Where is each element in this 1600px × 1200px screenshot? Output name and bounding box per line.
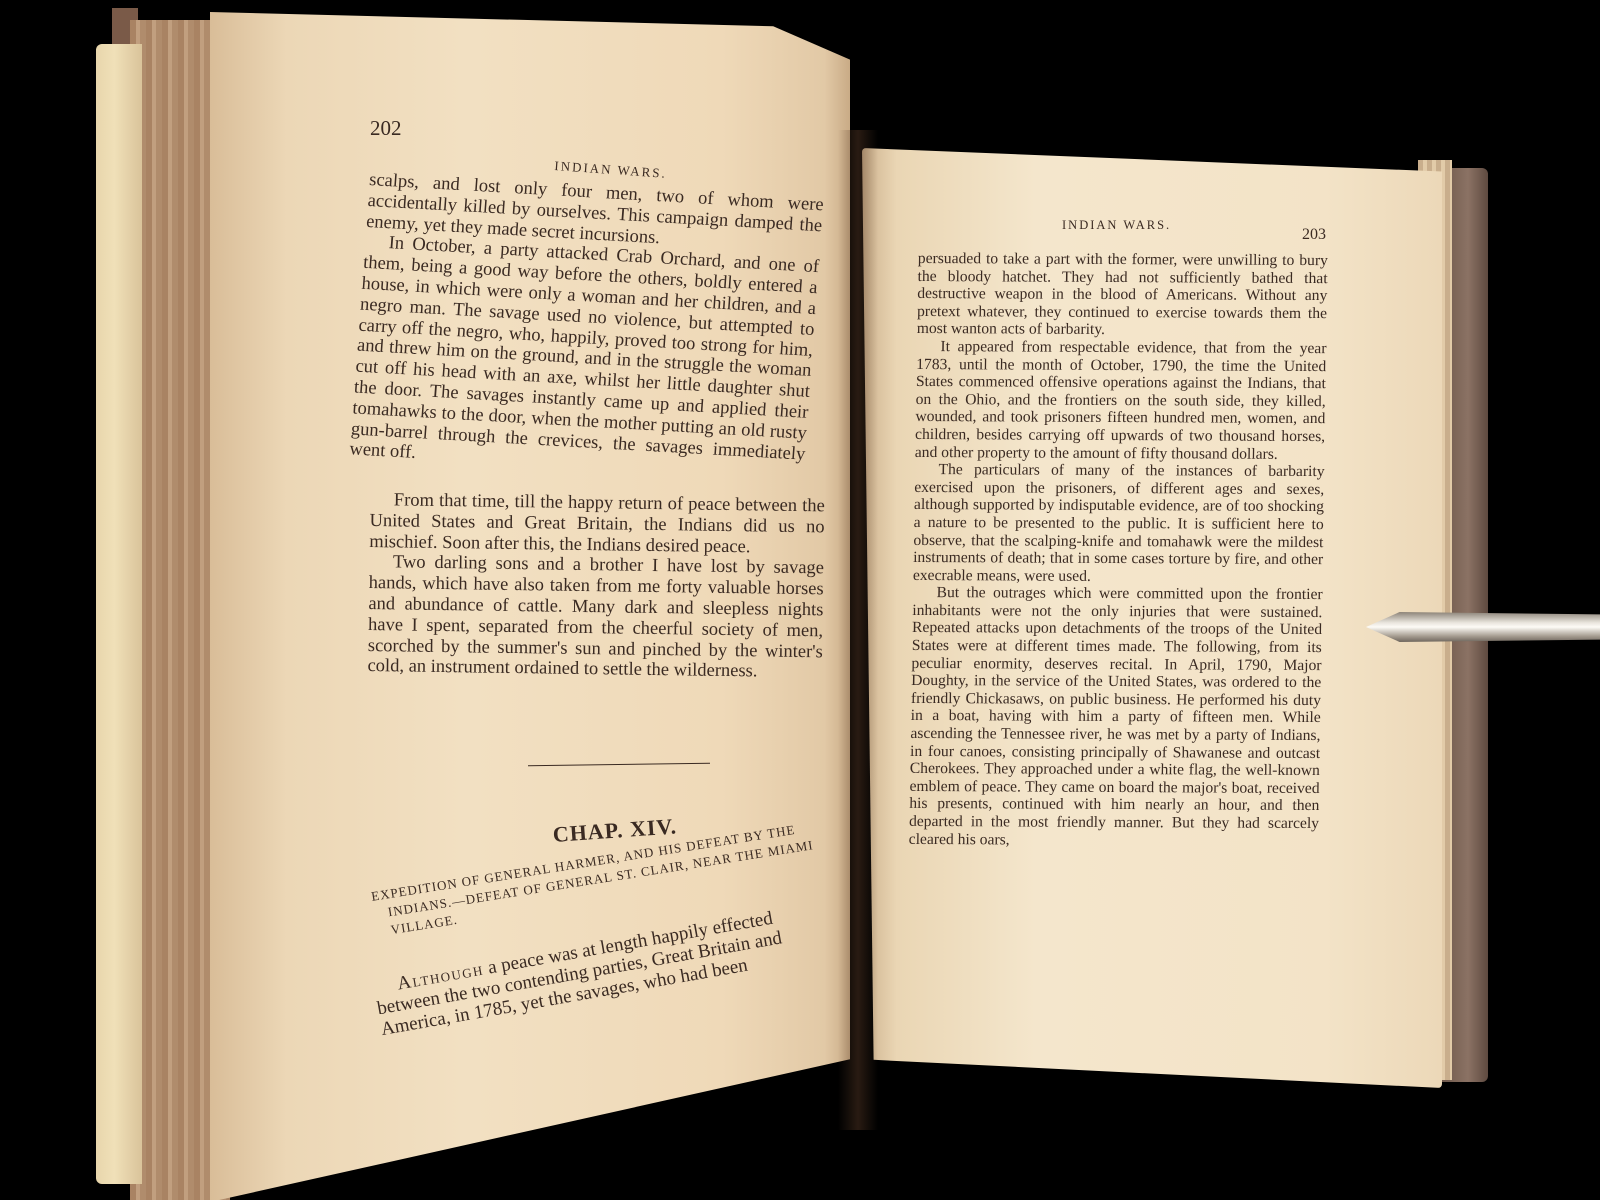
book-gutter — [838, 130, 878, 1130]
right-page-text: persuaded to take a part with the former… — [909, 250, 1328, 850]
paragraph: The particulars of many of the instances… — [913, 461, 1325, 586]
paragraph: In October, a party attacked Crab Orchar… — [349, 232, 820, 486]
page-number-left: 202 — [370, 116, 402, 141]
running-head-right: INDIAN WARS. — [1062, 218, 1171, 233]
paragraph: Two darling sons and a brother I have lo… — [367, 552, 824, 683]
letter-opener-pointer — [1366, 612, 1600, 642]
left-fore-edge — [96, 44, 142, 1184]
left-page-upper-text: scalps, and lost only four men, two of w… — [349, 170, 825, 486]
left-page-lower-text: From that time, till the happy return of… — [367, 490, 825, 684]
book-photo: 202 INDIAN WARS. scalps, and lost only f… — [0, 0, 1600, 1200]
paragraph: persuaded to take a part with the former… — [917, 250, 1328, 340]
paragraph: It appeared from respectable evidence, t… — [915, 338, 1327, 463]
paragraph: From that time, till the happy return of… — [369, 490, 825, 559]
page-number-right: 203 — [1302, 226, 1326, 244]
paragraph: But the outrages which were committed up… — [909, 584, 1323, 850]
